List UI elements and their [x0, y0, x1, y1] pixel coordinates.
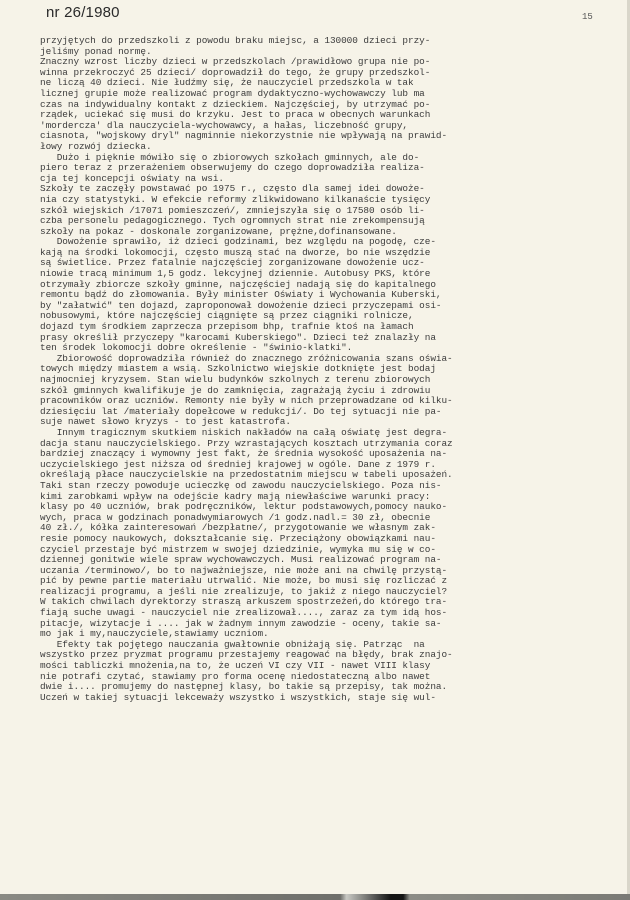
typewritten-body: przyjętych do przedszkoli z powodu braku… [40, 36, 605, 703]
text-line: przyjętych do przedszkoli z powodu braku… [40, 36, 605, 47]
page-number: 15 [582, 12, 593, 22]
scanner-edge-strip [0, 894, 630, 900]
text-line: Innym tragicznym skutkiem niskich nakład… [40, 428, 605, 439]
issue-number: nr 26/1980 [46, 4, 120, 21]
text-line: łowy rozwój dziecka. [40, 142, 605, 153]
text-line: nia czy statystyki. W efekcie reformy zl… [40, 195, 605, 206]
text-line: licznej grupie może realizować program d… [40, 89, 605, 100]
text-line: resie pomocy naukowych, dokształcanie si… [40, 534, 605, 545]
text-line: Uczeń w takiej sytuacji lekceważy wszyst… [40, 693, 605, 704]
scanned-page: nr 26/1980 15 przyjętych do przedszkoli … [0, 0, 630, 894]
text-line: Taki stan rzeczy powoduje ucieczkę od za… [40, 481, 605, 492]
text-line: najmocniej kryzysem. Stan wielu budynków… [40, 375, 605, 386]
